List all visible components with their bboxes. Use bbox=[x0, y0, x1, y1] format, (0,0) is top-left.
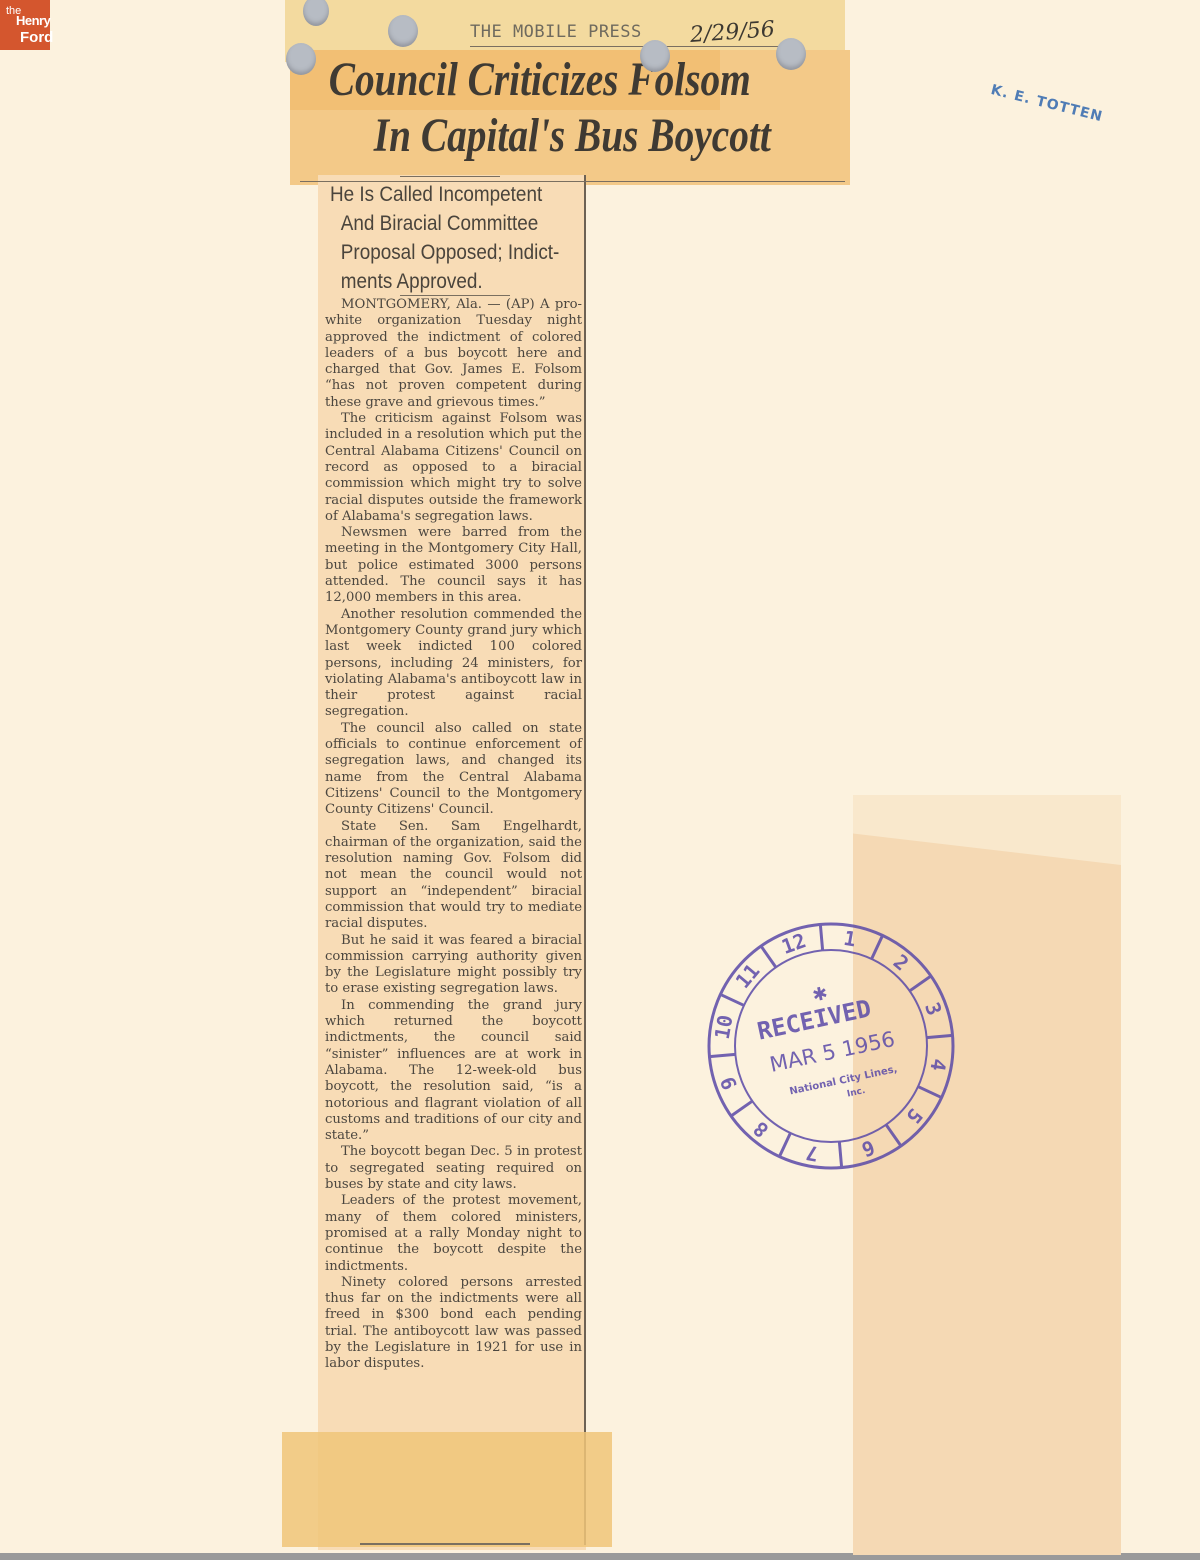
svg-text:11: 11 bbox=[731, 959, 765, 993]
punch-hole bbox=[640, 40, 670, 72]
dateline-rule bbox=[400, 295, 510, 296]
headline-line-1: Council Criticizes Folsom bbox=[300, 52, 759, 108]
paragraph: The boycott began Dec. 5 in protest to s… bbox=[325, 1144, 582, 1193]
henry-ford-logo: the Henry Ford bbox=[0, 0, 50, 50]
paragraph: Leaders of the protest movement, many of… bbox=[325, 1193, 582, 1274]
received-stamp: 121234567891011 ✱ RECEIVED MAR 5 1956 Na… bbox=[700, 915, 962, 1177]
svg-text:7: 7 bbox=[804, 1140, 820, 1166]
svg-text:4: 4 bbox=[925, 1057, 951, 1073]
punch-hole bbox=[776, 38, 806, 70]
deck-top-rule bbox=[400, 176, 500, 177]
tape-bottom bbox=[282, 1432, 612, 1547]
paragraph: Another resolution commended the Montgom… bbox=[325, 607, 582, 721]
headline-line-2: In Capital's Bus Boycott bbox=[300, 108, 759, 164]
svg-text:Inc.: Inc. bbox=[846, 1086, 866, 1100]
paragraph: MONTGOMERY, Ala. — (AP) A pro-white orga… bbox=[325, 297, 582, 411]
svg-text:9: 9 bbox=[715, 1074, 742, 1094]
deck-line-3: Proposal Opposed; Indict- bbox=[330, 238, 560, 267]
deck-line-2: And Biracial Committee bbox=[330, 209, 560, 238]
punch-hole bbox=[388, 15, 418, 47]
subheadline: He Is Called Incompetent And Biracial Co… bbox=[330, 180, 560, 296]
paragraph: The council also called on state officia… bbox=[325, 721, 582, 819]
svg-text:1: 1 bbox=[842, 926, 858, 952]
svg-text:10: 10 bbox=[710, 1013, 738, 1041]
deck-line-4: ments Approved. bbox=[330, 267, 560, 296]
column-rule bbox=[584, 175, 586, 1545]
svg-text:3: 3 bbox=[920, 999, 947, 1019]
paragraph: State Sen. Sam Engelhardt, chairman of t… bbox=[325, 819, 582, 933]
deck-line-1: He Is Called Incompetent bbox=[330, 180, 560, 209]
masthead-rule bbox=[470, 46, 800, 47]
paragraph: The criticism against Folsom was include… bbox=[325, 411, 582, 525]
paragraph: Ninety colored persons arrested thus far… bbox=[325, 1275, 582, 1373]
headline: Council Criticizes Folsom In Capital's B… bbox=[300, 52, 759, 164]
svg-text:6: 6 bbox=[859, 1135, 879, 1162]
article-body: MONTGOMERY, Ala. — (AP) A pro-white orga… bbox=[325, 297, 582, 1373]
name-stamp: K. E. TOTTEN bbox=[989, 82, 1104, 125]
logo-henry: Henry bbox=[16, 14, 50, 27]
punch-hole bbox=[286, 43, 316, 75]
paragraph: In commending the grand jury which retur… bbox=[325, 998, 582, 1145]
logo-ford: Ford bbox=[20, 30, 53, 45]
end-rule bbox=[360, 1543, 530, 1545]
paragraph: Newsmen were barred from the meeting in … bbox=[325, 525, 582, 606]
paragraph: But he said it was feared a biracial com… bbox=[325, 933, 582, 998]
received-stamp-graphic: 121234567891011 ✱ RECEIVED MAR 5 1956 Na… bbox=[700, 915, 962, 1177]
newspaper-name: THE MOBILE PRESS bbox=[470, 22, 642, 42]
